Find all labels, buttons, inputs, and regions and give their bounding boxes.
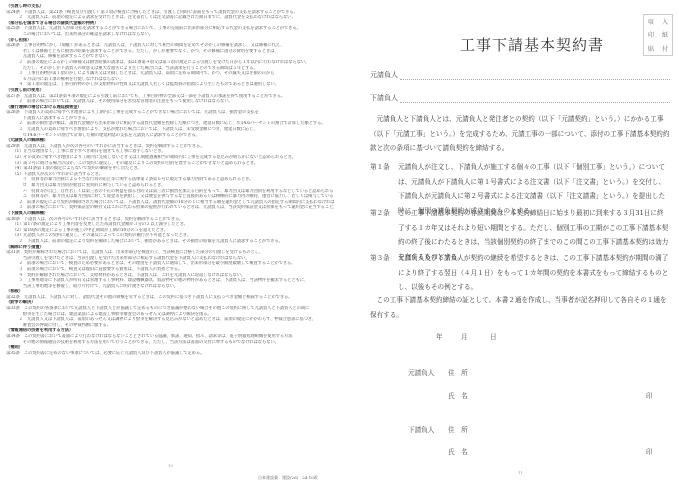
- clause-line: 第34条 この契約書において書面により行わなければならないこととされている協議、…: [6, 334, 334, 340]
- stamp-char: 貼: [644, 44, 658, 53]
- signature-party: 下請負人: [408, 424, 434, 434]
- stamp-char: 印: [644, 30, 658, 39]
- address-label: 住 所: [448, 424, 468, 434]
- left-footer-code: 日本建設業 建設(26) 24.10改: [258, 475, 318, 481]
- preamble-paragraph: 元請負人と下請負人とは、元請負人と発注者との契約（以下「元請契約」という。）にか…: [370, 112, 670, 156]
- clause-line: ニ 役員等が、暴力団又は暴力団員に対して資金等を供給し、又は便宜を供与するなど直…: [6, 194, 334, 200]
- right-page-contract: 収 入 印 紙 貼 付 工事下請基本契約書 元請負人 下請負人 元請負人と下請負…: [340, 0, 679, 484]
- clause-line: ２ 元請負人は、前項の規定による請求を受けたときは、注文書若しくは注文請書に記載…: [6, 15, 334, 21]
- clause-line: ３ 前項の場合において、契約保証金の納付又はこれに代わる担保の提供が行われている…: [6, 205, 334, 211]
- document-title: 工事下請基本契約書: [460, 34, 604, 55]
- stamp-char: 紙: [658, 30, 672, 39]
- contractor-label: 元請負人: [370, 70, 398, 80]
- revenue-stamp-box: 収 入 印 紙 貼 付: [643, 14, 673, 56]
- contractor-fill-line[interactable]: [400, 71, 670, 80]
- contractor-field[interactable]: 元請負人: [370, 70, 670, 80]
- right-page-number: 11: [518, 470, 523, 475]
- left-page-number: 10: [168, 463, 173, 468]
- clause-line: （2）その責めに帰すべき理由により工期内に完成しないとき又は工期経過後相当の期間…: [6, 155, 334, 161]
- clause-line: ５ 工事用地等に下請負人が所有又は管理する工事材料、建設機械器具、仮設物その他の…: [6, 278, 334, 284]
- name-label: 氏 名: [448, 446, 468, 456]
- date-year: 年: [436, 331, 443, 341]
- address-label: 住 所: [448, 367, 468, 377]
- subcontractor-field[interactable]: 下請負人: [370, 93, 670, 103]
- article-text: 元請負人及び下請負人が契約の継続を希望するときは、この工事下請基本契約が期間の満…: [398, 251, 670, 295]
- seal-mark: 印: [646, 390, 653, 400]
- clause-line: 第32条 元請負人は、下請負人に対し、請負代金その他の債権を有するときは、この契…: [6, 295, 334, 301]
- clause-line: 第33条 この契約の各条項において元請負人と下請負人とが協議して定めるものにつき…: [6, 306, 334, 312]
- clause-line: ２ 前項の規定によるかしの修補又は損害賠償の請求は、第21条第４項又は第５項の規…: [6, 60, 334, 66]
- closing-paragraph: この工事下請基本契約締結の証として、本書２通を作成し、当事者が記名押印して各自そ…: [370, 293, 670, 322]
- article-3: 第３条 元請負人及び下請負人が契約の継続を希望するときは、この工事下請基本契約が…: [370, 251, 670, 295]
- clause-line: 第35条 この契約書に定めのない事項については、必要に応じ元請負人及び下請負人が…: [6, 351, 334, 357]
- article-number: 第１条: [370, 160, 390, 175]
- signature-party: 元請負人: [408, 367, 434, 377]
- article-number: 第２条: [370, 206, 390, 221]
- date-day: 日: [490, 331, 497, 341]
- seal-mark: 印: [646, 446, 653, 456]
- article-number: 第３条: [370, 251, 390, 266]
- subcontractor-label: 下請負人: [370, 93, 398, 103]
- stamp-char: 入: [658, 17, 672, 26]
- stamp-char: 収: [644, 17, 658, 26]
- terms-text-block: （引渡し時の支払）第24条 下請負人は、第21条（検査及び引渡し）第２項の検査に…: [6, 4, 334, 356]
- name-label: 氏 名: [448, 390, 468, 400]
- left-page-terms: （引渡し時の支払）第24条 下請負人は、第21条（検査及び引渡し）第２項の検査に…: [0, 0, 340, 484]
- subcontractor-fill-line[interactable]: [400, 94, 670, 103]
- date-month: 月: [461, 331, 468, 341]
- stamp-char: 付: [658, 44, 672, 53]
